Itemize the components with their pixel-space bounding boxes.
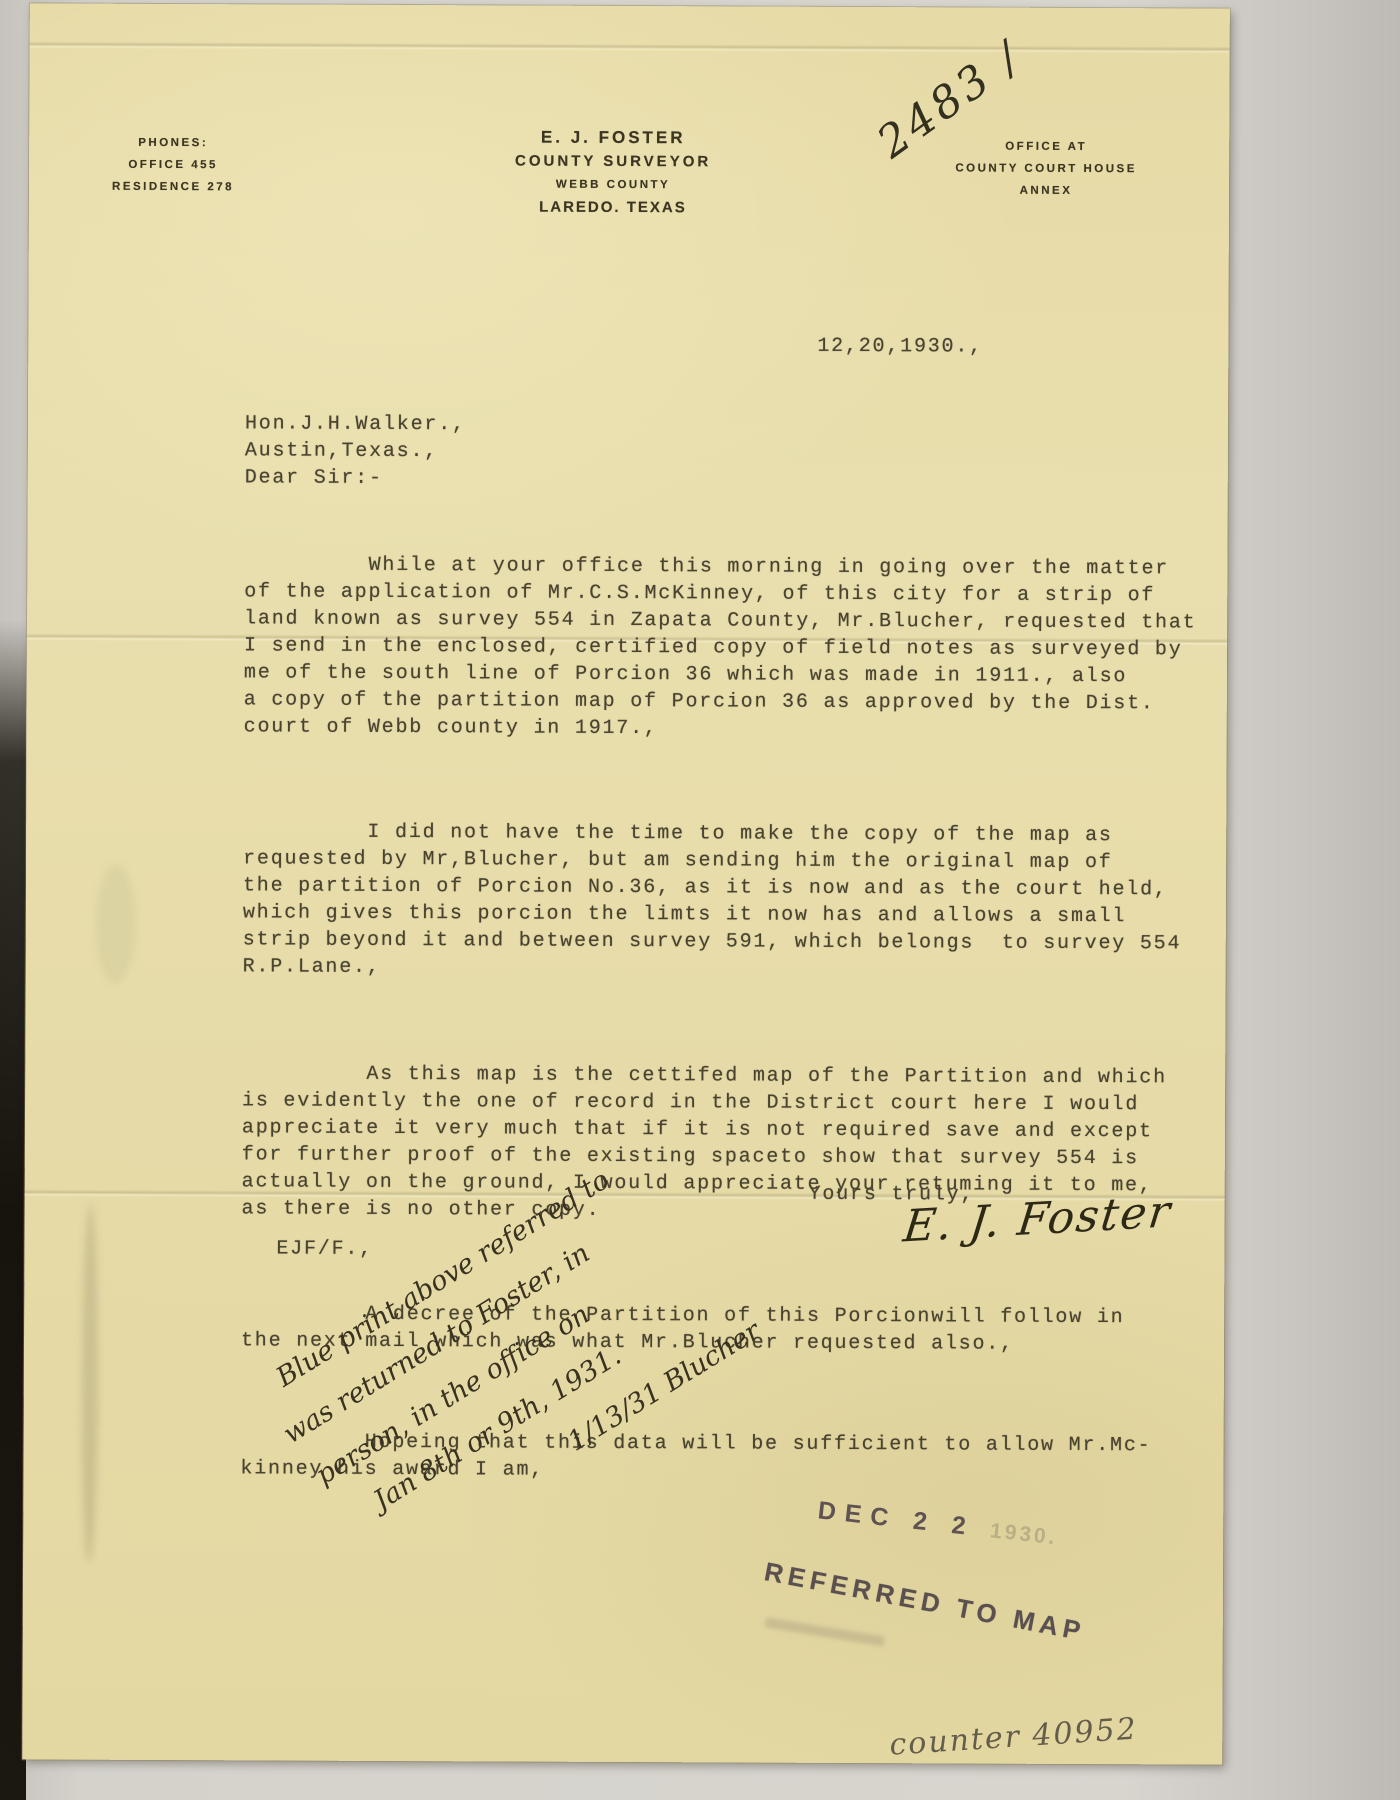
- crease-line: [30, 41, 1230, 53]
- paper-smudge: [81, 1204, 99, 1564]
- letterhead-phones-block: PHONES: OFFICE 455 RESIDENCE 278: [73, 132, 273, 199]
- surveyor-name: E. J. FOSTER: [463, 125, 763, 150]
- letterhead-center-block: E. J. FOSTER COUNTY SURVEYOR WEBB COUNTY…: [463, 125, 763, 220]
- faint-stamp-ghost: [765, 1617, 885, 1646]
- typist-initials: EJF/F.,: [276, 1235, 373, 1262]
- counter-number-note: counter 40952: [888, 1712, 1138, 1763]
- scanned-letter-canvas: PHONES: OFFICE 455 RESIDENCE 278 E. J. F…: [0, 0, 1400, 1800]
- office-at-line2: COUNTY COURT HOUSE: [916, 157, 1176, 180]
- paragraph-2: I did not have the time to make the copy…: [243, 818, 1229, 984]
- surveyor-county: WEBB COUNTY: [463, 173, 763, 196]
- surveyor-city: LAREDO. TEXAS: [463, 195, 763, 220]
- office-at-line3: ANNEX: [916, 179, 1176, 202]
- letter-paper: PHONES: OFFICE 455 RESIDENCE 278 E. J. F…: [22, 3, 1230, 1764]
- phone-residence: RESIDENCE 278: [73, 176, 273, 199]
- office-at-line1: OFFICE AT: [916, 135, 1176, 158]
- letterhead-office-block: OFFICE AT COUNTY COURT HOUSE ANNEX: [916, 135, 1176, 202]
- paper-smudge: [96, 864, 137, 984]
- phones-label: PHONES:: [73, 132, 273, 155]
- stamp-date-year: 1930.: [989, 1519, 1059, 1549]
- phone-office: OFFICE 455: [73, 154, 273, 177]
- recipient-address: Hon.J.H.Walker., Austin,Texas., Dear Sir…: [245, 410, 1230, 495]
- letter-date: 12,20,1930.,: [817, 333, 983, 361]
- paragraph-1: While at your office this morning in goi…: [244, 551, 1230, 744]
- surveyor-title: COUNTY SURVEYOR: [463, 149, 763, 174]
